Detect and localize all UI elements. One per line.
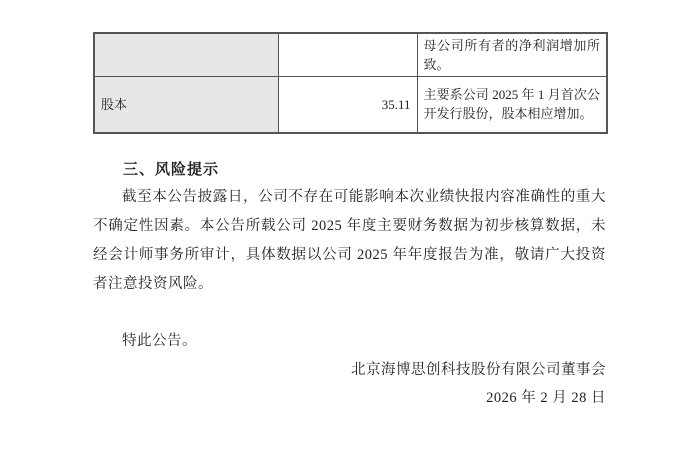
item-note-cell: 母公司所有者的净利润增加所致。	[417, 33, 607, 77]
announcement-date: 2026 年 2 月 28 日	[93, 386, 606, 407]
item-note-cell: 主要系公司 2025 年 1 月首次公开发行股份，股本相应增加。	[417, 77, 607, 133]
closing-statement: 特此公告。	[93, 329, 606, 350]
company-signature: 北京海博思创科技股份有限公司董事会	[93, 358, 606, 379]
item-name-cell	[94, 33, 278, 77]
section-heading-risk-notice: 三、风险提示	[123, 158, 219, 179]
table-row: 母公司所有者的净利润增加所致。	[94, 33, 607, 77]
item-name-cell: 股本	[94, 77, 278, 133]
table-row: 股本 35.11 主要系公司 2025 年 1 月首次公开发行股份，股本相应增加…	[94, 77, 607, 133]
announcement-page: 母公司所有者的净利润增加所致。 股本 35.11 主要系公司 2025 年 1 …	[0, 0, 700, 449]
financial-table: 母公司所有者的净利润增加所致。 股本 35.11 主要系公司 2025 年 1 …	[93, 32, 608, 134]
item-value-cell	[278, 33, 417, 77]
item-value-cell: 35.11	[278, 77, 417, 133]
risk-paragraph: 截至本公告披露日，公司不存在可能影响本次业绩快报内容准确性的重大不确定性因素。本…	[93, 183, 606, 299]
